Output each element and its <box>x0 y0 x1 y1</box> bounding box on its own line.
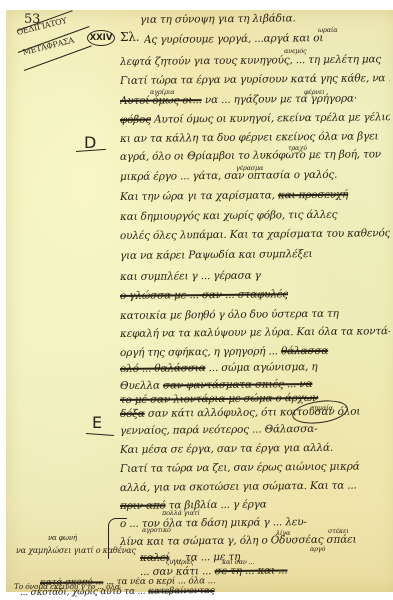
insertion: γέρασμα <box>236 164 263 172</box>
manuscript-line: Ας γυρίσουμε γοργά, ...αργά και οι <box>144 31 393 46</box>
margin-note: να φωνή <box>48 534 77 542</box>
insertion: πολλά γιατί <box>162 509 200 517</box>
insertion: ανεμός <box>284 47 306 55</box>
section-symbol: Σλ. <box>120 30 139 44</box>
insertion: φέρνει <box>304 88 325 96</box>
insertion: ζυγαριές <box>166 558 194 566</box>
insertion: και σαν ... <box>222 558 254 566</box>
insertion: λίγα <box>276 529 290 537</box>
margin-note: Το όνομα εκείνου γ το ... όλα <box>14 582 124 591</box>
insertion: τραχύ <box>288 144 307 152</box>
margin-note: να χαμηλώσει γιατί ο καθένας <box>16 546 136 555</box>
insertion: αργό <box>310 545 325 553</box>
insertion: στέκει <box>328 527 349 535</box>
book-numeral: XXIV <box>87 30 115 46</box>
insertion: αγροτικό <box>142 526 171 534</box>
insertion: ωραία <box>318 26 337 34</box>
section-mark-e: E <box>92 413 102 432</box>
insertion: αγρίμια <box>150 88 174 96</box>
